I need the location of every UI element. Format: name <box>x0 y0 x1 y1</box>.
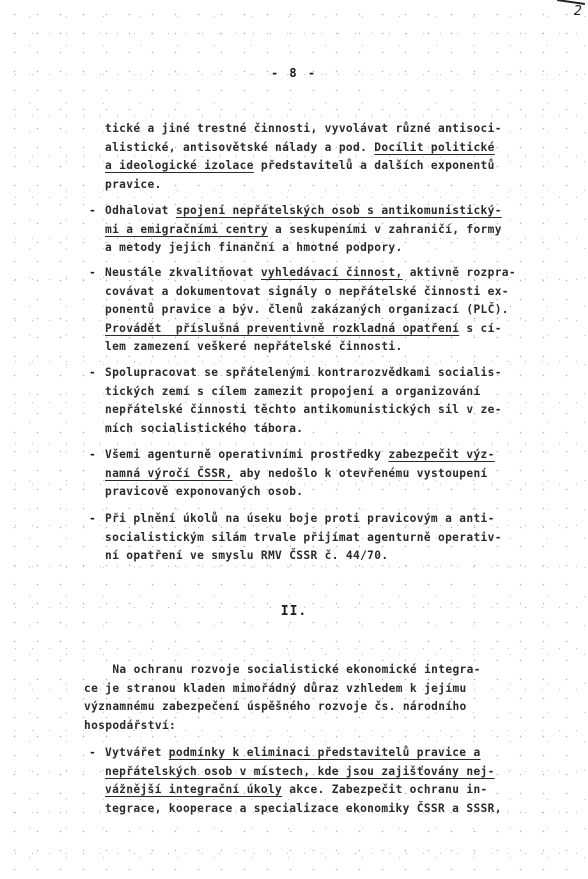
corner-annotation: 2 <box>574 4 582 19</box>
underlined-text: Provádět příslušná preventivně rozkladná… <box>105 322 459 335</box>
list-item-line: Neustále zkvalitňovat vyhledávací činnos… <box>105 264 516 282</box>
page-number: - 8 - <box>0 66 588 80</box>
underlined-text: Docílit politické <box>374 141 494 154</box>
list-item-line: vážnější integrační úkoly akce. Zabezpeč… <box>105 781 488 799</box>
list-bullet: - <box>89 264 96 282</box>
paragraph-line: tické a jiné trestné činnosti, vyvolávat… <box>105 120 502 138</box>
underlined-text: vyhledávací činnost, <box>261 266 403 279</box>
underlined-text: namná výročí ČSSR, <box>105 467 233 480</box>
underlined-text: zabezpečit výz- <box>388 448 494 461</box>
underlined-text: spojení nepřátelských osob s antikomunis… <box>176 204 502 217</box>
list-bullet: - <box>89 744 96 762</box>
list-item-line: mi a emigračními centry a seskupeními v … <box>105 221 502 239</box>
list-item-line: lem zamezení veškeré nepřátelské činnost… <box>105 338 403 356</box>
list-bullet: - <box>89 446 96 464</box>
list-item-line: nepřátelské činnosti těchto antikomunist… <box>105 401 502 419</box>
list-item-line: namná výročí ČSSR, aby nedošlo k otevřen… <box>105 465 488 483</box>
list-item-line: socialistickým silám trvale přijímat age… <box>105 529 502 547</box>
paragraph-line: a ideologické izolace představitelů a da… <box>105 157 495 175</box>
underlined-text: vážnější integrační úkoly <box>105 783 282 796</box>
paragraph-line: významnému zabezpečení úspěšného rozvoje… <box>84 698 467 716</box>
list-bullet: - <box>89 364 96 382</box>
list-item-line: Všemi agenturně operativními prostředky … <box>105 446 495 464</box>
list-item-line: Odhalovat spojení nepřátelských osob s a… <box>105 202 502 220</box>
list-item-line: Provádět příslušná preventivně rozkladná… <box>105 320 502 338</box>
paragraph-line: hospodářství: <box>84 717 176 735</box>
list-item-line: tických zemí s cílem zamezit propojení a… <box>105 383 481 401</box>
underlined-text: nepřátelských osob v místech, kde jsou z… <box>105 765 495 778</box>
list-item-line: Spolupracovat se spřátelenými kontrarozv… <box>105 364 502 382</box>
list-item-line: tegrace, kooperace a specializace ekonom… <box>105 800 502 818</box>
section-heading: II. <box>0 604 588 619</box>
list-item-line: covávat a dokumentovat signály o nepřáte… <box>105 283 509 301</box>
paragraph-line: alistické, antisovětské nálady a pod. Do… <box>105 139 495 157</box>
paragraph-line: Na ochranu rozvoje socialistické ekonomi… <box>84 661 481 679</box>
list-item-line: Vytvářet podmínky k eliminaci představit… <box>105 744 481 762</box>
list-item-line: ní opatření ve smyslu RMV ČSSR č. 44/70. <box>105 547 388 565</box>
list-item-line: mích socialistického tábora. <box>105 420 303 438</box>
list-bullet: - <box>89 202 96 220</box>
list-item-line: Při plnění úkolů na úseku boje proti pra… <box>105 510 495 528</box>
underlined-text: mi a emigračními centry <box>105 223 268 236</box>
underlined-text: a ideologické izolace <box>105 159 254 172</box>
underlined-text: podmínky k eliminaci představitelů pravi… <box>169 746 481 759</box>
list-item-line: pravicově exponovaných osob. <box>105 483 303 501</box>
paragraph-line: pravice. <box>105 176 162 194</box>
list-bullet: - <box>89 510 96 528</box>
list-item-line: nepřátelských osob v místech, kde jsou z… <box>105 763 495 781</box>
list-item-line: a metody jejich finanční a hmotné podpor… <box>105 239 403 257</box>
paragraph-line: ce je stranou kladen mimořádný důraz vzh… <box>84 680 467 698</box>
list-item-line: ponentů pravice a býv. členů zakázaných … <box>105 301 509 319</box>
